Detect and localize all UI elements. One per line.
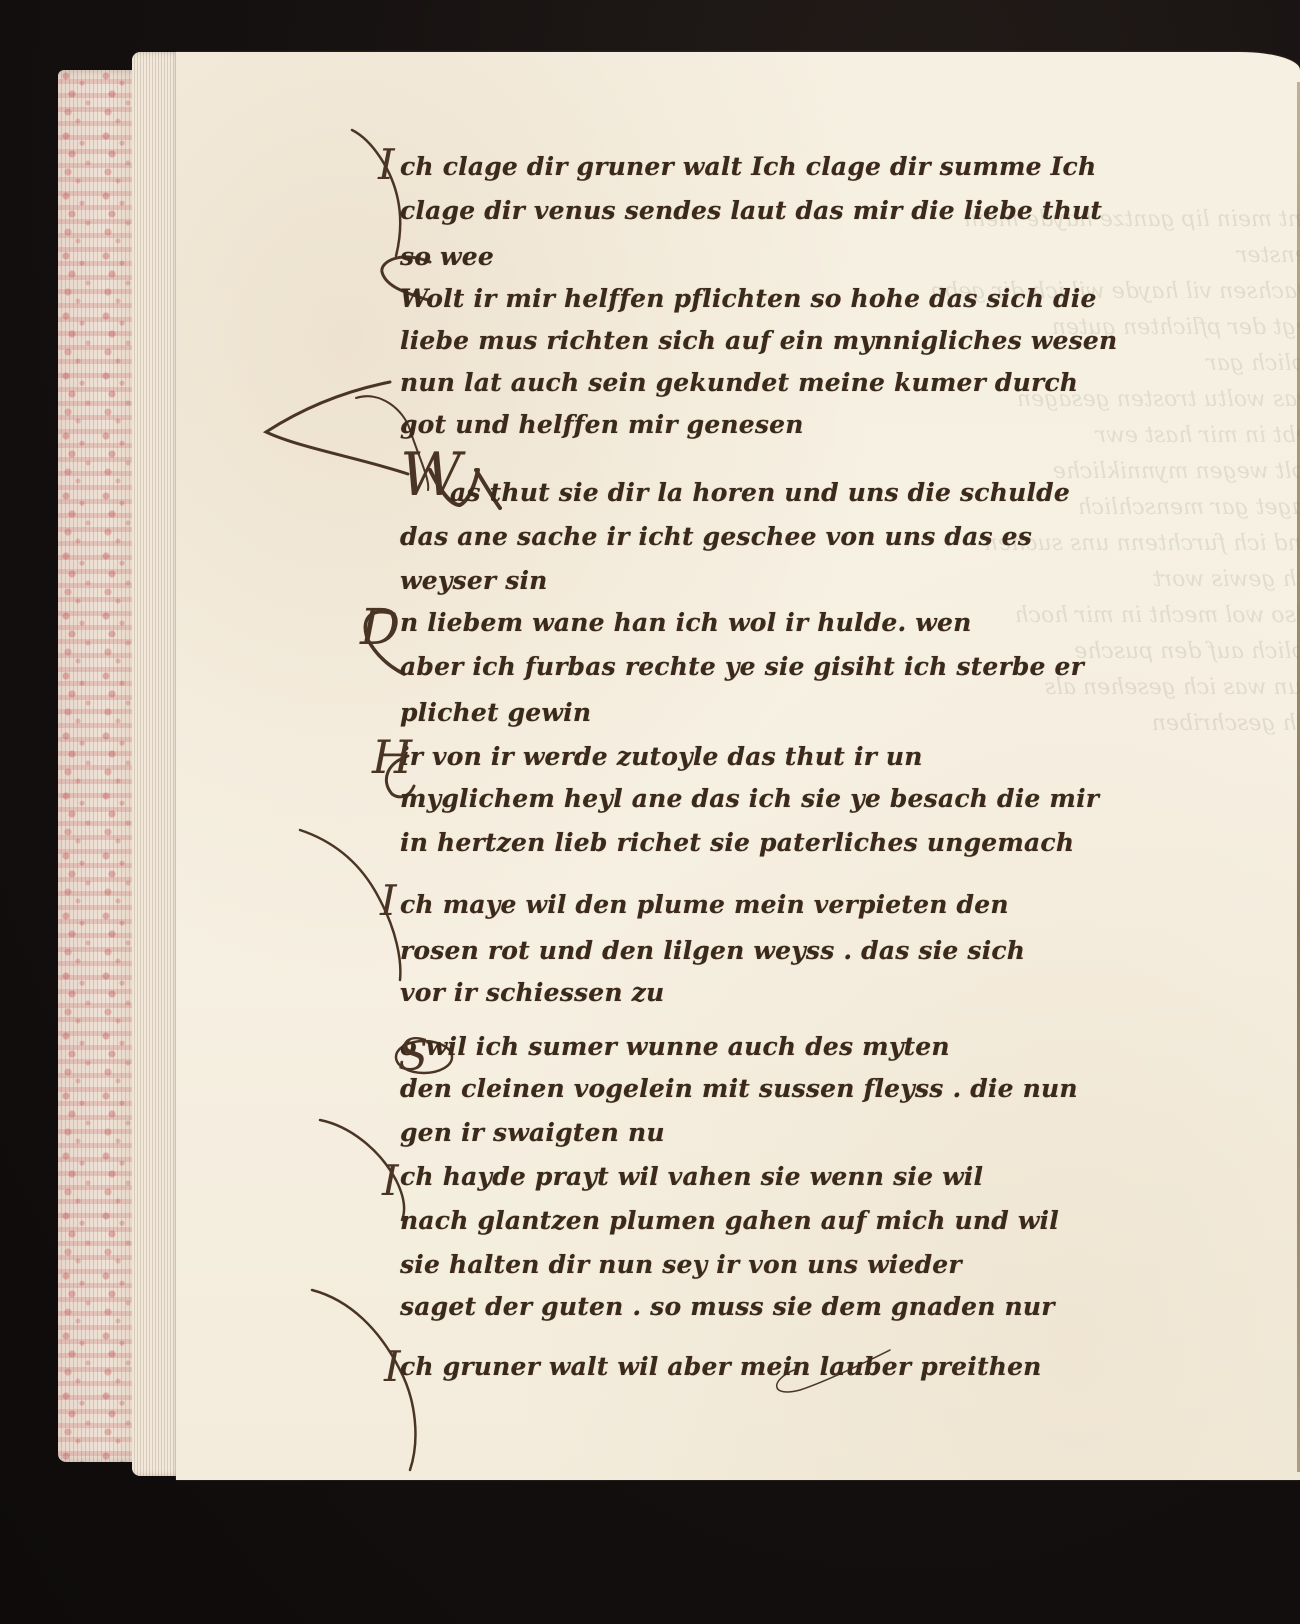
text-line: in hertzen lieb richet sie paterliches u…	[400, 828, 1074, 857]
text-line: ir von ir werde zutoyle das thut ir un	[400, 742, 923, 771]
text-line: plichet gewin	[400, 698, 591, 727]
text-line: got und helffen mir genesen	[400, 410, 804, 439]
text-line: nach glantzen plumen gahen auf mich und …	[400, 1206, 1059, 1235]
text-line: ch clage dir gruner walt Ich clage dir s…	[400, 152, 1096, 181]
text-line: sie halten dir nun sey ir von uns wieder	[400, 1250, 962, 1279]
initial-letter: D	[360, 598, 400, 656]
text-line: so wee	[400, 242, 494, 271]
text-line: ch maye wil den plume mein verpieten den	[400, 890, 1009, 919]
initial-letter: I	[382, 1156, 399, 1205]
text-line: ch hayde prayt wil vahen sie wenn sie wi…	[400, 1162, 983, 1191]
text-line: gen ir swaigten nu	[400, 1118, 665, 1147]
text-line: weyser sin	[400, 566, 548, 595]
text-line: Wolt ir mir helffen pflichten so hohe da…	[400, 284, 1097, 313]
text-line: ch gruner walt wil aber mein lauber prei…	[400, 1352, 1042, 1381]
initial-letter: S	[398, 1030, 428, 1081]
initial-letter: H	[372, 730, 412, 784]
text-line: liebe mus richten sich auf ein mynniglic…	[400, 326, 1117, 355]
text-line: das ane sache ir icht geschee von uns da…	[400, 522, 1032, 551]
text-line: as thut sie dir la horen und uns die sch…	[450, 478, 1070, 507]
text-line: saget der guten . so muss sie dem gnaden…	[400, 1292, 1055, 1321]
initial-letter: I	[384, 1342, 401, 1391]
initial-letter: W	[400, 440, 462, 510]
text-line: nun lat auch sein gekundet meine kumer d…	[400, 368, 1078, 397]
text-line: n liebem wane han ich wol ir hulde. wen	[400, 608, 972, 637]
text-line: den cleinen vogelein mit sussen fleyss .…	[400, 1074, 1078, 1103]
initial-letter: I	[380, 876, 397, 925]
text-line: rosen rot und den lilgen weyss . das sie…	[400, 936, 1025, 965]
page-stack-edge	[132, 52, 182, 1476]
text-line: clage dir venus sendes laut das mir die …	[400, 196, 1102, 225]
text-line: o wil ich sumer wunne auch des myten	[400, 1032, 950, 1061]
text-line: aber ich furbas rechte ye sie gisiht ich…	[400, 652, 1084, 681]
initial-letter: I	[378, 140, 395, 189]
manuscript-photograph: unt mein lip gantze hayde mein fenster w…	[0, 0, 1300, 1624]
text-line: vor ir schiessen zu	[400, 978, 664, 1007]
text-line: myglichem heyl ane das ich sie ye besach…	[400, 784, 1099, 813]
